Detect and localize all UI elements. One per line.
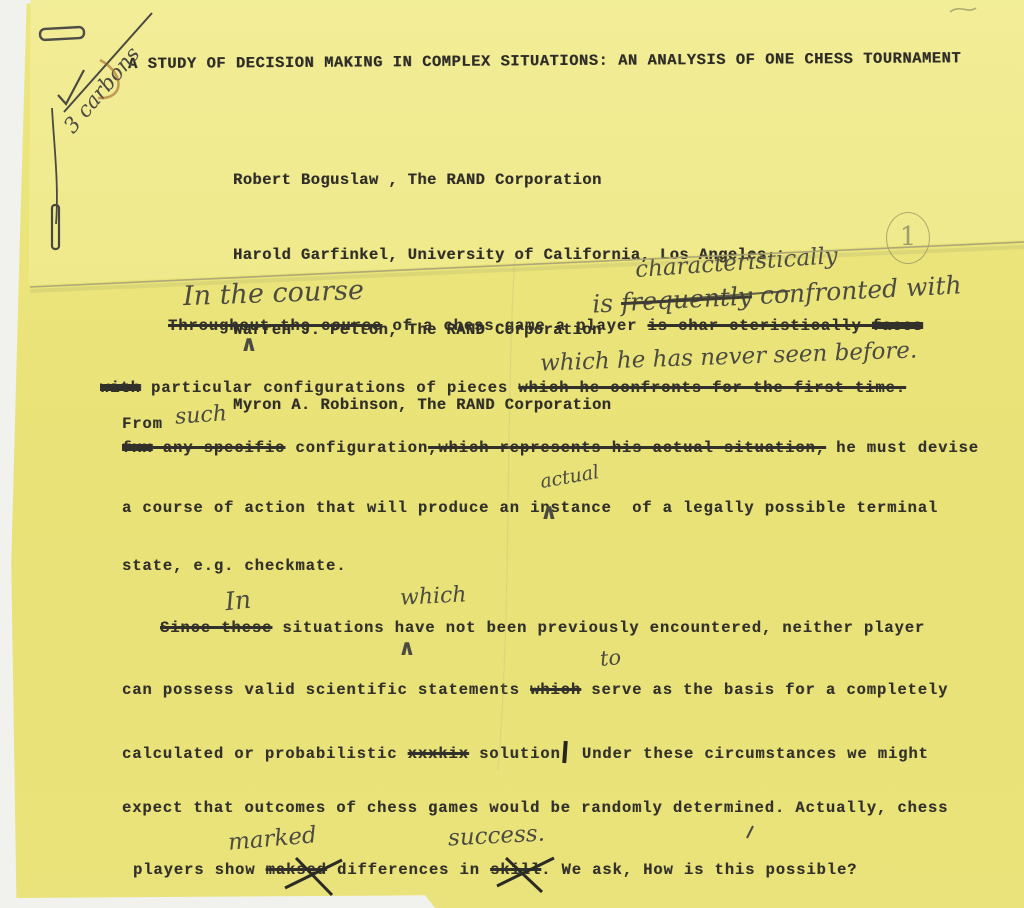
pencil-squiggle	[950, 8, 976, 12]
pen-marks-layer	[0, 0, 1024, 908]
paste-seam-line	[30, 242, 1024, 287]
pen-strike-icon	[506, 858, 542, 892]
pen-strike-icon	[497, 858, 554, 886]
staple-icon	[40, 27, 85, 40]
capitalization-mark	[747, 826, 753, 838]
scan-page: A STUDY OF DECISION MAKING IN COMPLEX SI…	[0, 0, 1024, 908]
check-icon	[58, 70, 84, 104]
staple-icon	[52, 205, 59, 249]
rust-stain	[98, 60, 119, 98]
pen-strike-icon	[296, 858, 332, 895]
seam-shadow	[30, 247, 1024, 291]
paper-crease	[498, 255, 515, 770]
hw-scribble-strike	[668, 291, 790, 300]
